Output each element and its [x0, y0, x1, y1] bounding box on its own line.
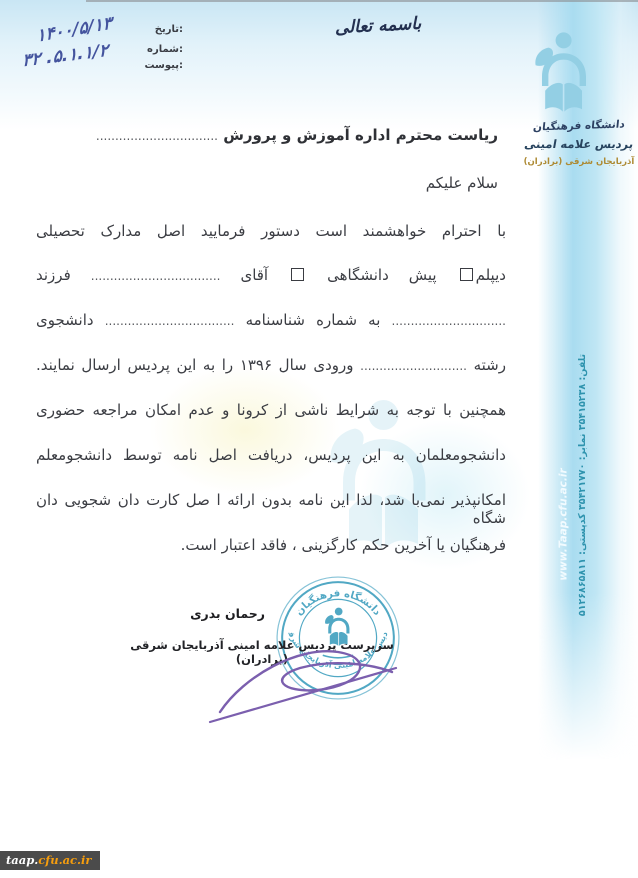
date-label: تاریخ: — [155, 24, 183, 35]
contact-info-vertical: تلفن: ۳۵۴۱۵۲۳۸ نمابر: ۳۵۴۲۱۷۷۰ کدپستی: ۵… — [577, 325, 591, 645]
diploma-option-label: دیپلم — [476, 266, 506, 284]
watermark-domain: cfu.ac.ir — [38, 853, 91, 867]
handwritten-number-value: ۵.۱.۱/۲. ۳۲ — [22, 41, 108, 72]
watermark-prefix: taap. — [6, 853, 38, 867]
body-line-5: همچنین با توجه به شرایط ناشی از کرونا و … — [36, 401, 506, 419]
university-name: دانشگاه فرهنگیان — [519, 118, 638, 134]
id-number-label: به شماره شناسنامه — [246, 311, 381, 329]
salutation-line: سلام علیکم — [36, 174, 498, 192]
father-name-dotted-blank: .............................. — [392, 314, 506, 328]
body-line-7: امکانپذیر نمی‌با شد، لذا این نامه بدون ا… — [36, 491, 506, 527]
addressee-dotted-blank: ................................ — [96, 129, 218, 143]
body-line-1: با احترام خواهشمند است دستور فرمایید اصل… — [36, 222, 506, 240]
university-logo-icon — [516, 30, 608, 126]
mr-label: آقای — [240, 266, 268, 284]
id-number-dotted-blank: .................................. — [105, 314, 235, 328]
name-dotted-blank: .................................. — [91, 269, 221, 283]
student-of-label: دانشجوی — [36, 311, 94, 329]
campus-name: پردیس علامه امینی — [519, 137, 638, 151]
number-label: شماره: — [147, 44, 183, 55]
major-label: رشته — [474, 356, 506, 374]
website-vertical: www.Taap.cfu.ac.ir — [558, 430, 571, 620]
preuniversity-option-label: پیش دانشگاهی — [327, 266, 437, 284]
university-logo-text: دانشگاه فرهنگیان پردیس علامه امینی آذربا… — [520, 120, 638, 167]
diploma-checkbox-icon — [460, 268, 473, 281]
attachment-label: پیوست: — [144, 60, 183, 71]
site-watermark-badge: taap.cfu.ac.ir — [0, 851, 100, 870]
letter-meta-block: تاریخ: شماره: پیوست: ۱۴۰۰/۵/۱۳ ۵.۱.۱/۲. … — [18, 16, 183, 86]
child-of-label: فرزند — [36, 266, 71, 284]
entry-year-text: ورودی سال ۱۳۹۶ را به این پردیس ارسال نما… — [36, 356, 354, 374]
body-line-3: .............................. به شماره … — [36, 311, 506, 329]
body-line-8: فرهنگیان یا آخرین حکم کارگزینی ، فاقد اع… — [36, 536, 506, 554]
body-line-2: دیپلم پیش دانشگاهی آقای ................… — [36, 266, 506, 284]
scanned-letter-page: تاریخ: شماره: پیوست: ۱۴۰۰/۵/۱۳ ۵.۱.۱/۲. … — [0, 0, 638, 878]
preuniversity-checkbox-icon — [291, 268, 304, 281]
addressee-text: ریاست محترم اداره آموزش و پرورش — [223, 126, 498, 144]
major-dotted-blank: ............................ — [360, 359, 467, 373]
body-line-6: دانشجومعلمان به این پردیس، دریافت اصل نا… — [36, 446, 506, 464]
handwritten-signature — [206, 634, 406, 726]
region-name: آذربایجان شرقی (برادران) — [520, 157, 638, 167]
scan-edge-line — [86, 0, 638, 2]
addressee-line: ریاست محترم اداره آموزش و پرورش ........… — [36, 126, 498, 144]
body-line-4: رشته ............................ ورودی … — [36, 356, 506, 374]
signer-name: رحمان بدری — [150, 606, 305, 621]
